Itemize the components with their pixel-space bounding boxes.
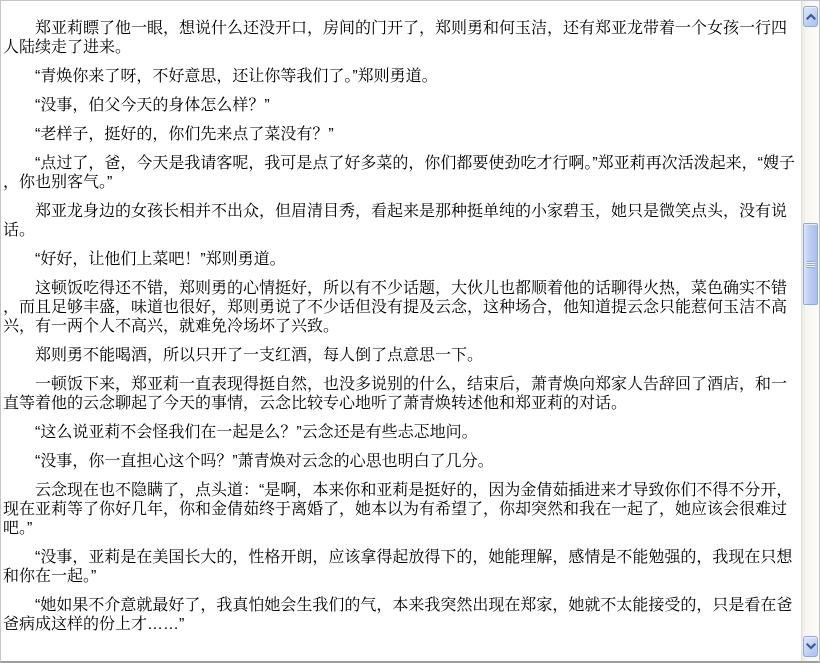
paragraph: “青焕你来了呀，不好意思，还让你等我们了。”郑则勇道。 <box>3 67 798 86</box>
paragraph: 郑亚莉瞟了他一眼，想说什么还没开口，房间的门开了，郑则勇和何玉洁，还有郑亚龙带着… <box>3 19 798 57</box>
paragraph: “没事，亚莉是在美国长大的，性格开朗，应该拿得起放得下的，她能理解，感情是不能勉… <box>3 548 798 586</box>
paragraph: “老样子，挺好的，你们先来点了菜没有？” <box>3 125 798 144</box>
paragraph: “没事，伯父今天的身体怎么样？” <box>3 96 798 115</box>
paragraph: 郑亚龙身边的女孩长相并不出众，但眉清目秀，看起来是那种挺单纯的小家碧玉，她只是微… <box>3 202 798 240</box>
paragraph: “好好，让他们上菜吧！”郑则勇道。 <box>3 250 798 269</box>
paragraph: 这顿饭吃得还不错，郑则勇的心情挺好，所以有不少话题，大伙儿也都顺着他的话聊得火热… <box>3 279 798 336</box>
reader-page: 郑亚莉瞟了他一眼，想说什么还没开口，房间的门开了，郑则勇和何玉洁，还有郑亚龙带着… <box>0 0 820 663</box>
paragraph: “她如果不介意就最好了，我真怕她会生我们的气，本来我突然出现在郑家，她就不太能接… <box>3 596 798 634</box>
paragraph: 一顿饭下来，郑亚莉一直表现得挺自然，也没多说别的什么，结束后，萧青焕向郑家人告辞… <box>3 375 798 413</box>
grip-lines-icon <box>807 261 815 268</box>
scroll-up-button[interactable] <box>803 6 818 27</box>
paragraph: 云念现在也不隐瞒了，点头道：“是啊，本来你和亚莉是挺好的，因为金倩茹插进来才导致… <box>3 481 798 538</box>
paragraph: 郑则勇不能喝酒，所以只开了一支红酒，每人倒了点意思一下。 <box>3 346 798 365</box>
paragraph: “点过了，爸，今天是我请客呢，我可是点了好多菜的，你们都要使劲吃才行啊。”郑亚莉… <box>3 154 798 192</box>
paragraph: “没事，你一直担心这个吗？”萧青焕对云念的心思也明白了几分。 <box>3 452 798 471</box>
text-content: 郑亚莉瞟了他一眼，想说什么还没开口，房间的门开了，郑则勇和何玉洁，还有郑亚龙带着… <box>1 1 802 661</box>
scroll-down-button[interactable] <box>803 636 818 657</box>
scrollbar-thumb[interactable] <box>803 223 818 305</box>
paragraph: “这么说亚莉不会怪我们在一起是么？”云念还是有些忐忑地问。 <box>3 423 798 442</box>
chevron-up-icon <box>806 13 816 20</box>
chevron-down-icon <box>806 643 816 650</box>
vertical-scrollbar[interactable] <box>801 1 819 661</box>
